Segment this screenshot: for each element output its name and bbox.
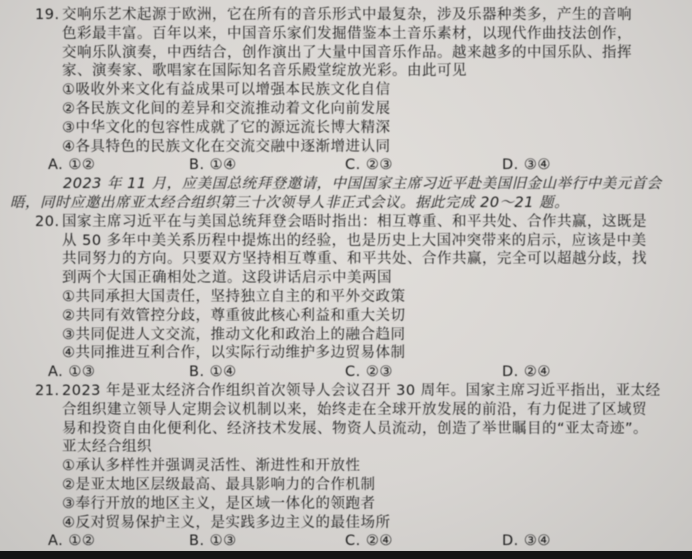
exam-paper-photo: 19. 交响乐艺术起源于欧洲，它在所有的音乐形式中最复杂，涉及乐器种类多，产生的… xyxy=(0,0,692,559)
question-19-choices: A. ①② B. ①④ C. ②③ D. ③④ xyxy=(0,156,692,175)
question-20-line-1: 20. 国家主席习近平在与美国总统拜登会晤时指出：相互尊重、和平共处、合作共赢，… xyxy=(62,213,692,232)
question-20-stem-4: 到两个大国正确相处之道。这段讲话启示中美两国 xyxy=(62,269,692,288)
question-21-statement-1: ①承认多样性并强调灵活性、渐进性和开放性 xyxy=(62,457,692,476)
question-19-choice-c: C. ②③ xyxy=(345,156,393,175)
question-19-choice-b: B. ①④ xyxy=(189,156,237,175)
question-19-stem-3: 交响乐队演奏，中西结合，创作演出了大量中国音乐作品。越来越多的中国乐队、指挥 xyxy=(62,44,692,63)
question-20-statement-4: ④共同推进互利合作，以实际行动维护多边贸易体制 xyxy=(62,344,692,363)
question-20-choice-b: B. ①④ xyxy=(189,363,237,382)
question-21-choices: A. ①② B. ①③ C. ②④ D. ③④ xyxy=(0,532,692,551)
question-21-choice-c: C. ②④ xyxy=(345,532,393,551)
question-20-stem-2: 从 50 多年中美关系历程中提炼出的经验，也是历史上大国冲突带来的启示，应该是中… xyxy=(62,232,692,251)
question-19-choice-d: D. ③④ xyxy=(502,156,551,175)
question-19-statement-2: ②各民族文化间的差异和交流推动着文化向前发展 xyxy=(62,100,692,119)
question-21-choice-d: D. ③④ xyxy=(502,532,551,551)
question-21-number: 21. xyxy=(35,382,60,401)
question-20-choice-a: A. ①③ xyxy=(48,363,95,382)
question-19-statement-3: ③中华文化的包容性成就了它的源远流长博大精深 xyxy=(62,119,692,138)
question-21-statement-3: ③奉行开放的地区主义，是区域一体化的领跑者 xyxy=(62,495,692,514)
stimulus-paragraph-line-1: 2023 年 11 月，应美国总统拜登邀请，中国国家主席习近平赴美国旧金山举行中… xyxy=(63,175,692,194)
question-21-stem-1: 2023 年是亚太经济合作组织首次领导人会议召开 30 周年。国家主席习近平指出… xyxy=(62,383,661,399)
question-20-choice-c: C. ②③ xyxy=(345,363,393,382)
question-19-stem-2: 色彩最丰富。百年以来，中国音乐家们发掘借鉴本土音乐素材，以现代作曲技法创作， xyxy=(62,25,692,44)
question-20-stem-3: 共同努力的方向。只要双方坚持相互尊重、和平共处、合作共赢，完全可以超越分歧，找 xyxy=(62,250,692,269)
question-21-line-1: 21. 2023 年是亚太经济合作组织首次领导人会议召开 30 周年。国家主席习… xyxy=(62,382,692,401)
question-19-stem-1: 交响乐艺术起源于欧洲，它在所有的音乐形式中最复杂，涉及乐器种类多，产生的音响 xyxy=(62,7,632,23)
question-19-statement-1: ①吸收外来文化有益成果可以增强本民族文化自信 xyxy=(62,81,692,100)
question-19-stem-4: 家、演奏家、歌唱家在国际知名音乐殿堂绽放光彩。由此可见 xyxy=(62,62,692,81)
question-20-statement-3: ③共同促进人文交流，推动文化和政治上的融合趋同 xyxy=(62,326,692,345)
question-19-choice-a: A. ①② xyxy=(48,156,95,175)
question-21-statement-2: ②是亚太地区层级最高、最具影响力的合作机制 xyxy=(62,476,692,495)
stimulus-paragraph-line-2: 晤，同时应邀出席亚太经合组织第三十次领导人非正式会议。据此完成 20～21 题。 xyxy=(10,194,692,213)
question-20-stem-1: 国家主席习近平在与美国总统拜登会晤时指出：相互尊重、和平共处、合作共赢，这既是 xyxy=(62,214,647,230)
question-21-stem-2: 合组织建立领导人定期会议机制以来，始终走在全球开放发展的前沿，有力促进了区域贸 xyxy=(62,401,692,420)
question-20-choices: A. ①③ B. ①④ C. ②③ D. ②④ xyxy=(0,363,692,382)
question-20-statement-1: ①共同承担大国责任，坚持独立自主的和平外交政策 xyxy=(62,288,692,307)
question-21-choice-b: B. ①③ xyxy=(189,532,237,551)
question-21-choice-a: A. ①② xyxy=(48,532,95,551)
photo-bottom-edge-bar xyxy=(0,551,692,559)
question-21-stem-3: 易和投资自由化便利化、经济技术发展、物资人员流动，创造了举世瞩目的“亚太奇迹”。 xyxy=(62,420,692,439)
question-20-statement-2: ②共同有效管控分歧，尊重彼此核心利益和重大关切 xyxy=(62,307,692,326)
question-19-line-1: 19. 交响乐艺术起源于欧洲，它在所有的音乐形式中最复杂，涉及乐器种类多，产生的… xyxy=(62,6,692,25)
question-21-statement-4: ④反对贸易保护主义，是实践多边主义的最佳场所 xyxy=(62,514,692,533)
question-19-statement-4: ④各具特色的民族文化在交流交融中逐渐增进认同 xyxy=(62,138,692,157)
exam-text-content: 19. 交响乐艺术起源于欧洲，它在所有的音乐形式中最复杂，涉及乐器种类多，产生的… xyxy=(0,6,692,551)
question-20-choice-d: D. ②④ xyxy=(502,363,551,382)
question-19-number: 19. xyxy=(35,6,60,25)
question-21-stem-4: 亚太经合组织 xyxy=(62,438,692,457)
question-20-number: 20. xyxy=(35,213,60,232)
